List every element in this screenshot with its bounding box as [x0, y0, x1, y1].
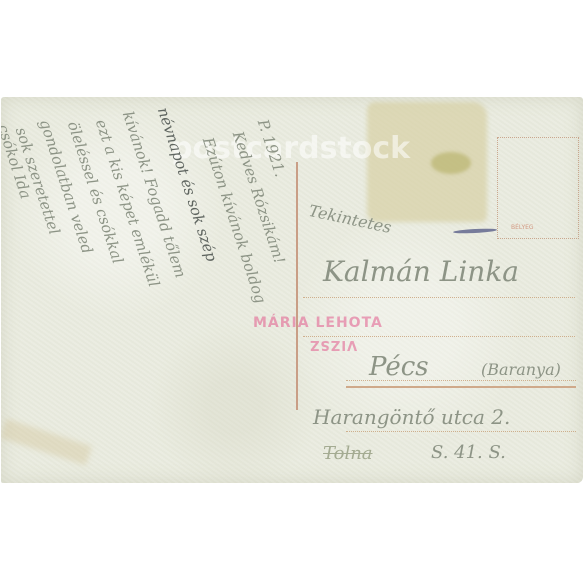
stamp-label: BÉLYEG [511, 224, 534, 231]
address-city: Pécs [369, 352, 429, 382]
address-name: Kalmán Linka [323, 255, 519, 288]
address-crossed: Tolna [323, 443, 373, 464]
postcard: postcardstock BÉLYEG P. 1921. Kedves Róz… [1, 97, 583, 483]
address-line [303, 297, 575, 298]
address-line [346, 380, 576, 381]
stamp-box [497, 137, 579, 239]
address-street: Harangöntő utca 2. [313, 405, 510, 429]
divider-line [296, 162, 298, 410]
address-line [303, 336, 575, 337]
address-county: (Baranya) [481, 360, 561, 379]
address-underline [346, 386, 576, 388]
address-extra: S. 41. S. [431, 442, 506, 463]
red-stamp-line1: MÁRIA LEHOTA [253, 315, 383, 331]
glue-stain [431, 152, 471, 174]
address-line [346, 431, 576, 432]
red-stamp-line2: VIZSZ [309, 337, 357, 352]
